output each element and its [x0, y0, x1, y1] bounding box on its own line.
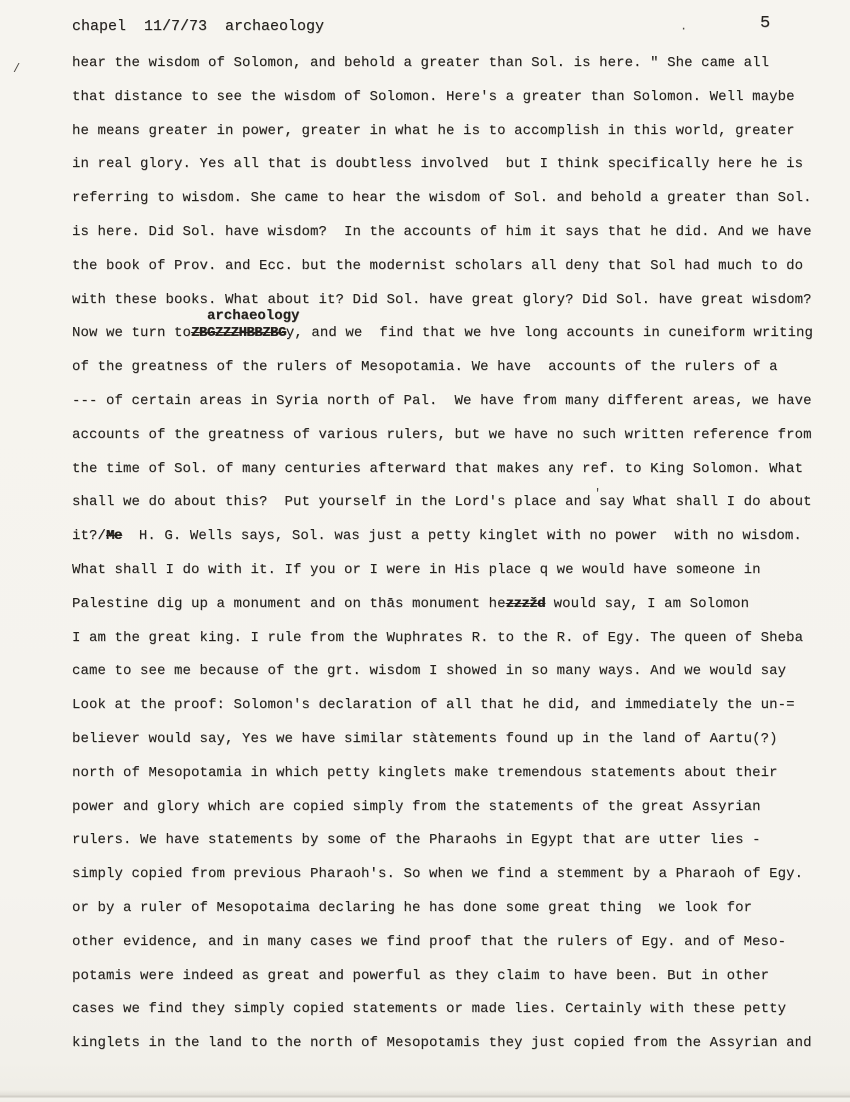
text-line: in real glory. Yes all that is doubtless…	[72, 156, 830, 190]
document-body: archaeology hear the wisdom of Solomon, …	[72, 55, 830, 1069]
text-segment: What shall I do with it. If you or I wer…	[72, 562, 761, 578]
text-line: shall we do about this? Put yourself in …	[72, 494, 830, 528]
text-segment: kinglets in the land to the north of Mes…	[72, 1035, 812, 1051]
text-line: potamis were indeed as great and powerfu…	[72, 968, 830, 1002]
stray-mark-mid-page: '	[594, 487, 601, 501]
text-segment: Look at the proof: Solomon's declaration…	[72, 697, 795, 713]
text-segment: that distance to see the wisdom of Solom…	[72, 89, 795, 105]
text-segment: y, and we find that we hve long accounts…	[286, 325, 813, 341]
text-line: Palestine dig up a monument and on thās …	[72, 596, 830, 630]
text-line: Look at the proof: Solomon's declaration…	[72, 697, 830, 731]
text-segment: other evidence, and in many cases we fin…	[72, 934, 786, 950]
text-line: accounts of the greatness of various rul…	[72, 427, 830, 461]
overstruck-text: Me	[106, 528, 122, 544]
header-title: chapel 11/7/73 archaeology	[72, 18, 324, 35]
text-segment: I am the great king. I rule from the Wup…	[72, 630, 803, 646]
text-line: the book of Prov. and Ecc. but the moder…	[72, 258, 830, 292]
text-segment: of the greatness of the rulers of Mesopo…	[72, 359, 778, 375]
text-line: of the greatness of the rulers of Mesopo…	[72, 359, 830, 393]
text-line: --- of certain areas in Syria north of P…	[72, 393, 830, 427]
text-segment: would say, I am Solomon	[545, 596, 749, 612]
text-segment: the time of Sol. of many centuries after…	[72, 461, 803, 477]
text-line: What shall I do with it. If you or I wer…	[72, 562, 830, 596]
text-segment: hear the wisdom of Solomon, and behold a…	[72, 55, 769, 71]
text-line: came to see me because of the grt. wisdo…	[72, 663, 830, 697]
document-page: chapel 11/7/73 archaeology 5 archaeology…	[0, 0, 850, 1102]
text-line: the time of Sol. of many centuries after…	[72, 461, 830, 495]
text-line: power and glory which are copied simply …	[72, 799, 830, 833]
text-segment: --- of certain areas in Syria north of P…	[72, 393, 812, 409]
text-line: referring to wisdom. She came to hear th…	[72, 190, 830, 224]
text-segment: rulers. We have statements by some of th…	[72, 832, 761, 848]
text-segment: Now we turn to	[72, 325, 191, 341]
text-line: simply copied from previous Pharaoh's. S…	[72, 866, 830, 900]
text-segment: shall we do about this? Put yourself in …	[72, 494, 812, 510]
text-segment: with these books. What about it? Did Sol…	[72, 292, 812, 308]
stray-mark-header: ·	[680, 22, 687, 36]
text-segment: believer would say, Yes we have similar …	[72, 731, 778, 747]
text-line: or by a ruler of Mesopotaima declaring h…	[72, 900, 830, 934]
text-line: rulers. We have statements by some of th…	[72, 832, 830, 866]
text-line: other evidence, and in many cases we fin…	[72, 934, 830, 968]
text-segment: came to see me because of the grt. wisdo…	[72, 663, 786, 679]
text-segment: cases we find they simply copied stateme…	[72, 1001, 786, 1017]
text-line: hear the wisdom of Solomon, and behold a…	[72, 55, 830, 89]
text-segment: potamis were indeed as great and powerfu…	[72, 968, 769, 984]
text-line: that distance to see the wisdom of Solom…	[72, 89, 830, 123]
text-line: believer would say, Yes we have similar …	[72, 731, 830, 765]
text-segment: power and glory which are copied simply …	[72, 799, 761, 815]
text-line: he means greater in power, greater in wh…	[72, 123, 830, 157]
page-bottom-edge	[0, 1090, 850, 1102]
text-segment: the book of Prov. and Ecc. but the moder…	[72, 258, 803, 274]
text-segment: it?/	[72, 528, 106, 544]
text-segment: north of Mesopotamia in which petty king…	[72, 765, 778, 781]
text-line: I am the great king. I rule from the Wup…	[72, 630, 830, 664]
overstruck-text: ZBGZZZHBBZBG	[191, 325, 286, 341]
text-segment: Palestine dig up a monument and on thās …	[72, 596, 506, 612]
text-segment: H. G. Wells says, Sol. was just a petty …	[122, 528, 802, 544]
text-line: with these books. What about it? Did Sol…	[72, 292, 830, 326]
page-number: 5	[760, 14, 770, 33]
text-line: is here. Did Sol. have wisdom? In the ac…	[72, 224, 830, 258]
text-segment: he means greater in power, greater in wh…	[72, 123, 795, 139]
text-segment: or by a ruler of Mesopotaima declaring h…	[72, 900, 752, 916]
text-line: cases we find they simply copied stateme…	[72, 1001, 830, 1035]
text-line: north of Mesopotamia in which petty king…	[72, 765, 830, 799]
overstruck-text: zzzžd	[506, 596, 546, 612]
text-segment: is here. Did Sol. have wisdom? In the ac…	[72, 224, 812, 240]
text-segment: simply copied from previous Pharaoh's. S…	[72, 866, 803, 882]
text-segment: accounts of the greatness of various rul…	[72, 427, 812, 443]
text-line: kinglets in the land to the north of Mes…	[72, 1035, 830, 1069]
text-line: it?/Me H. G. Wells says, Sol. was just a…	[72, 528, 830, 562]
text-line: Now we turn toZBGZZZHBBZBGy, and we find…	[72, 325, 830, 359]
text-segment: in real glory. Yes all that is doubtless…	[72, 156, 803, 172]
text-segment: referring to wisdom. She came to hear th…	[72, 190, 812, 206]
stray-mark-left-margin: /	[13, 62, 20, 76]
